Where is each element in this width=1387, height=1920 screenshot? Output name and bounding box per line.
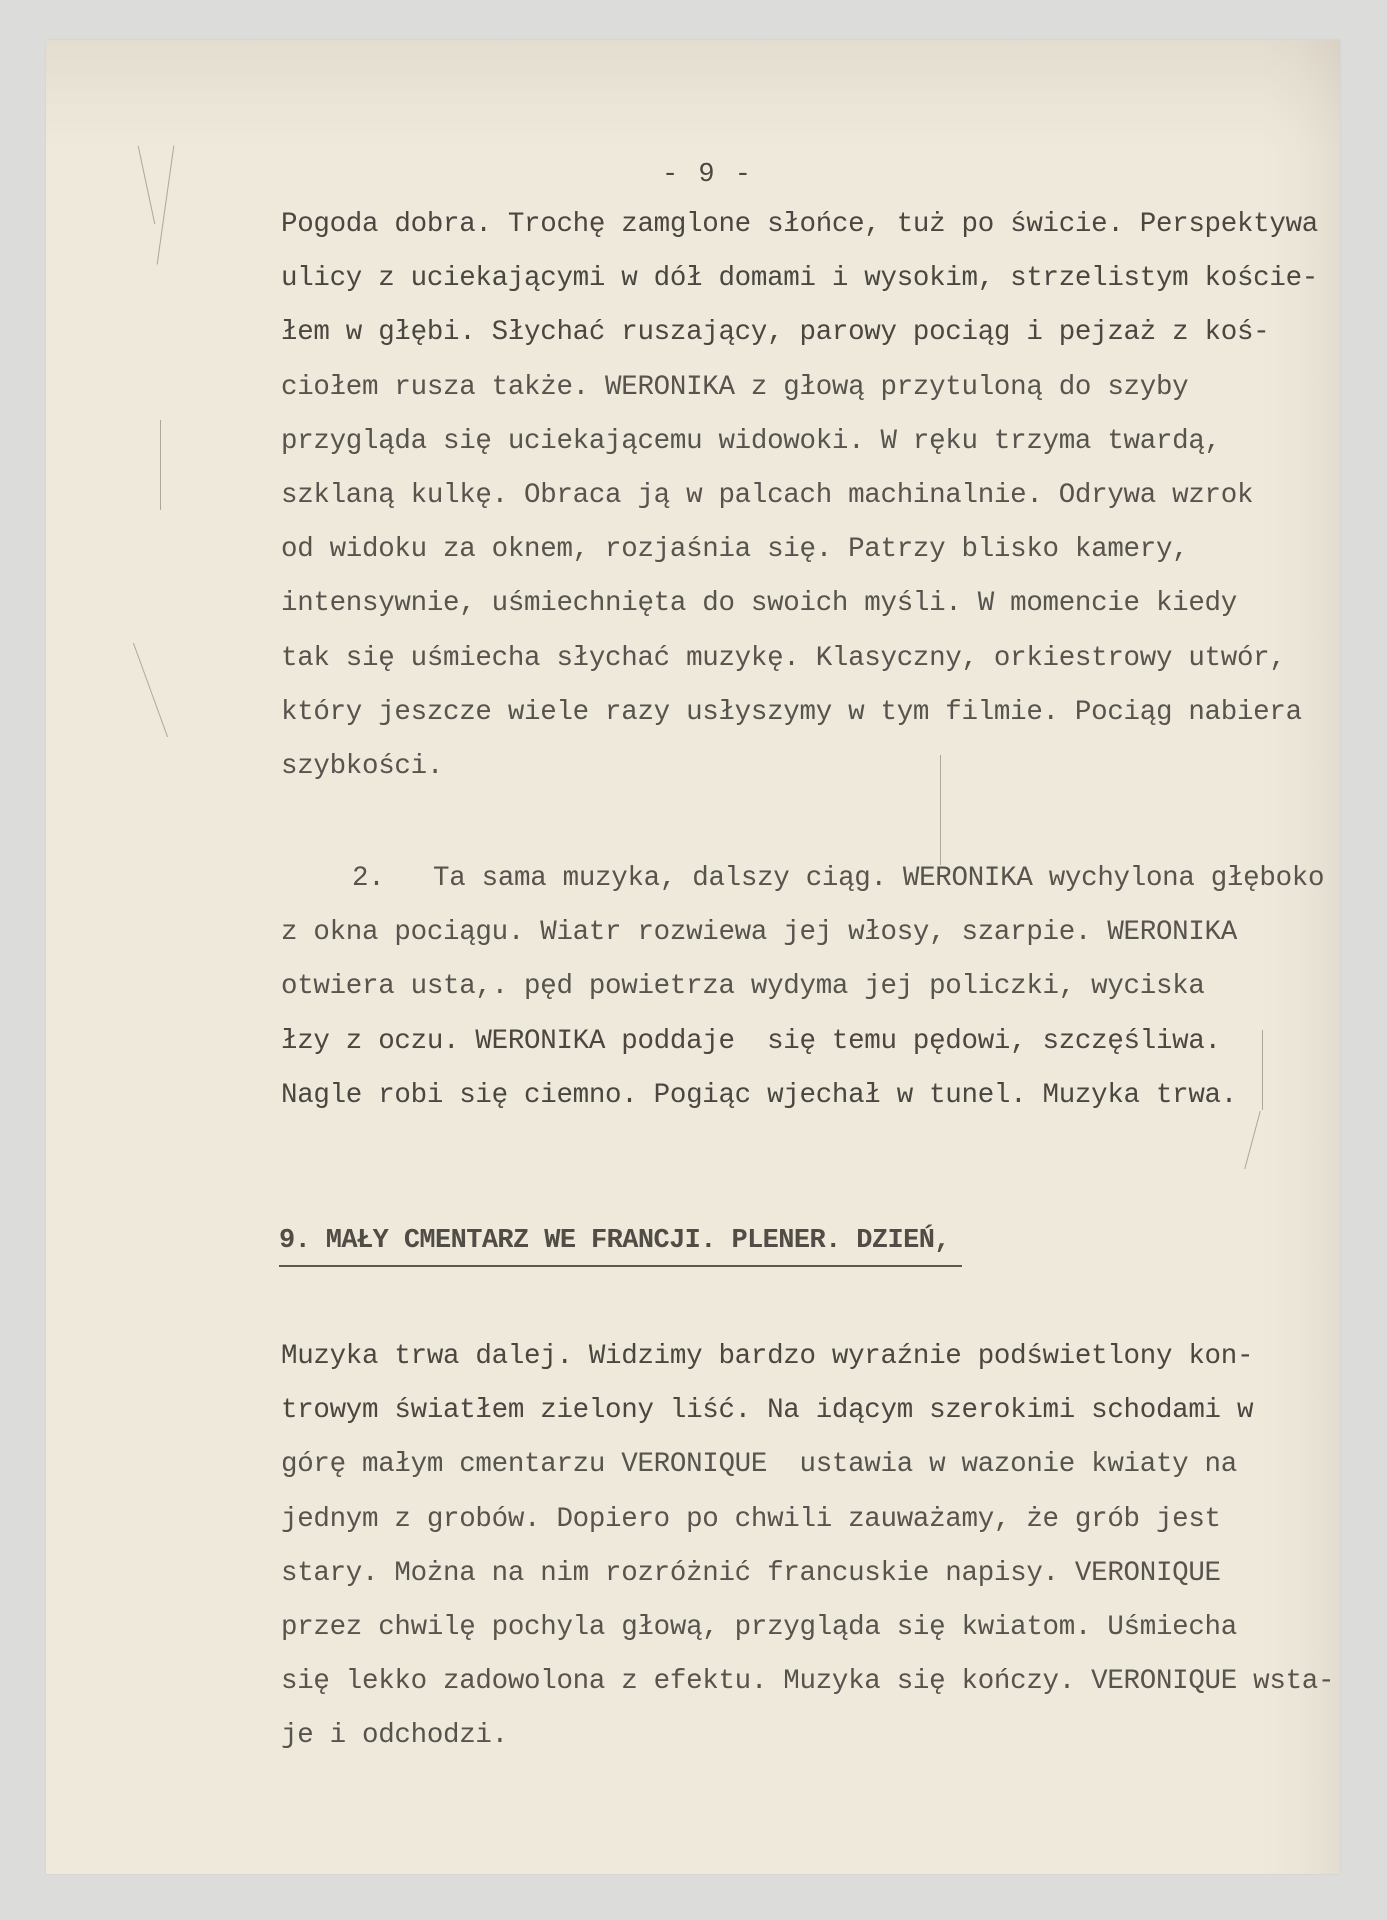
text-line: tak się uśmiecha słychać muzykę. Klasycz… — [281, 632, 1318, 686]
text-line: który jeszcze wiele razy usłyszymy w tym… — [281, 686, 1318, 740]
scene-heading-underline — [279, 1265, 962, 1267]
text-line: Muzyka trwa dalej. Widzimy bardzo wyraźn… — [281, 1330, 1334, 1384]
text-line: Pogoda dobra. Trochę zamglone słońce, tu… — [281, 198, 1318, 252]
text-line: intensywnie, uśmiechnięta do swoich myśl… — [281, 577, 1318, 631]
text-line: szybkości. — [281, 740, 1318, 794]
scene-heading: 9. MAŁY CMENTARZ WE FRANCJI. PLENER. DZI… — [279, 1226, 950, 1256]
text-line: jednym z grobów. Dopiero po chwili zauwa… — [281, 1493, 1334, 1547]
text-line: się lekko zadowolona z efektu. Muzyka si… — [281, 1655, 1334, 1709]
text-line: przygląda się uciekającemu widowoki. W r… — [281, 415, 1318, 469]
text-line: 2. Ta sama muzyka, dalszy ciąg. WERONIKA… — [271, 852, 1324, 906]
stray-mark — [160, 420, 161, 510]
text-line: łem w głębi. Słychać ruszający, parowy p… — [281, 306, 1318, 360]
text-line: otwiera usta,. pęd powietrza wydyma jej … — [281, 960, 1324, 1014]
text-line: z okna pociągu. Wiatr rozwiewa jej włosy… — [281, 906, 1324, 960]
text-line: łzy z oczu. WERONIKA poddaje się temu pę… — [281, 1015, 1324, 1069]
page-number: - 9 - — [0, 160, 1387, 190]
text-line: je i odchodzi. — [281, 1709, 1334, 1763]
text-line: przez chwilę pochyla głową, przygląda si… — [281, 1601, 1334, 1655]
paragraph-cemetery-scene: Muzyka trwa dalej. Widzimy bardzo wyraźn… — [281, 1330, 1334, 1764]
text-line: stary. Można na nim rozróżnić francuskie… — [281, 1547, 1334, 1601]
paragraph-numbered-2: 2. Ta sama muzyka, dalszy ciąg. WERONIKA… — [281, 852, 1324, 1123]
paragraph-scene-description: Pogoda dobra. Trochę zamglone słońce, tu… — [281, 198, 1318, 794]
text-line: ulicy z uciekającymi w dół domami i wyso… — [281, 252, 1318, 306]
text-line: od widoku za oknem, rozjaśnia się. Patrz… — [281, 523, 1318, 577]
text-line: trowym światłem zielony liść. Na idącym … — [281, 1384, 1334, 1438]
text-line: szklaną kulkę. Obraca ją w palcach machi… — [281, 469, 1318, 523]
text-line: górę małym cmentarzu VERONIQUE ustawia w… — [281, 1438, 1334, 1492]
text-line: Nagle robi się ciemno. Pogiąc wjechał w … — [281, 1069, 1324, 1123]
text-line: ciołem rusza także. WERONIKA z głową prz… — [281, 361, 1318, 415]
